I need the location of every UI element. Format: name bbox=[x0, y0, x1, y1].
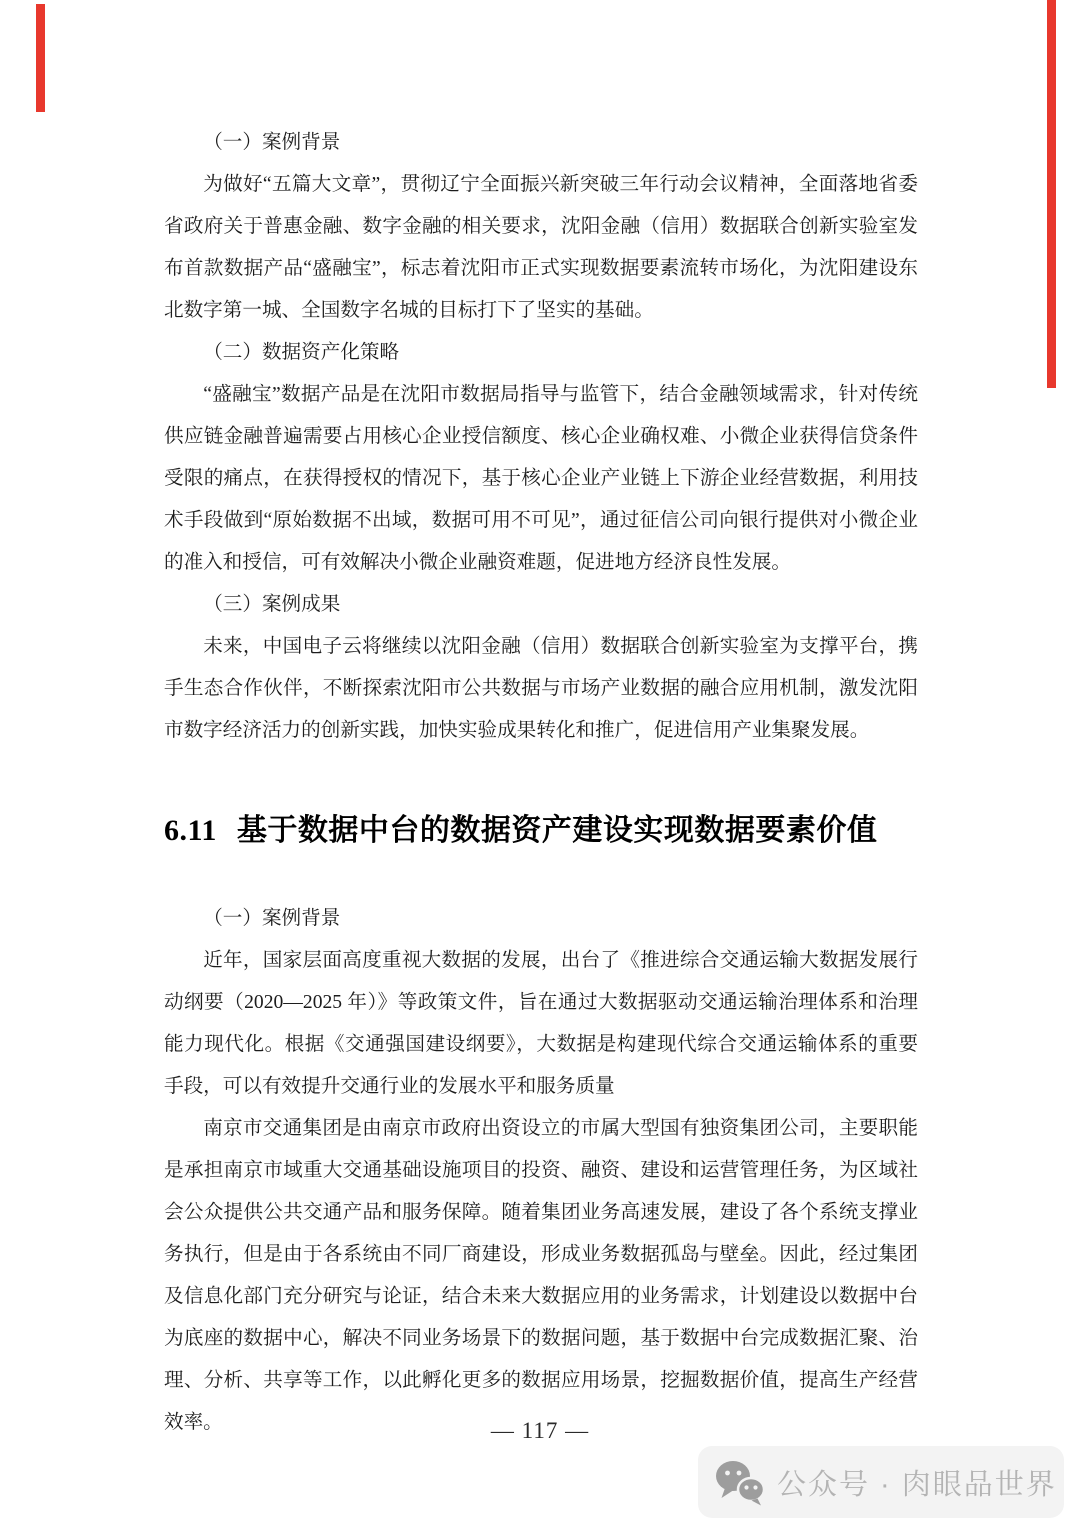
section1-paragraph: 为做好“五篇大文章”，贯彻辽宁全面振兴新突破三年行动会议精神，全面落地省委省政府… bbox=[164, 164, 918, 332]
section4-heading: （一）案例背景 bbox=[164, 898, 918, 940]
watermark-label: 公众号 · 肉眼品世界 bbox=[777, 1462, 1057, 1503]
section3-paragraph: 未来，中国电子云将继续以沈阳金融（信用）数据联合创新实验室为支撑平台，携手生态合… bbox=[164, 626, 918, 752]
document-page: （一）案例背景 为做好“五篇大文章”，贯彻辽宁全面振兴新突破三年行动会议精神，全… bbox=[0, 0, 1080, 1527]
section4-paragraph-2: 南京市交通集团是由南京市政府出资设立的市属大型国有独资集团公司，主要职能是承担南… bbox=[164, 1108, 918, 1444]
page-footer: — 117 — bbox=[0, 1418, 1080, 1444]
section1-heading: （一）案例背景 bbox=[164, 122, 918, 164]
chapter-number: 6.11 bbox=[164, 814, 217, 847]
page-content: （一）案例背景 为做好“五篇大文章”，贯彻辽宁全面振兴新突破三年行动会议精神，全… bbox=[164, 0, 918, 1444]
section4-paragraph-1: 近年，国家层面高度重视大数据的发展，出台了《推进综合交通运输大数据发展行动纲要（… bbox=[164, 940, 918, 1108]
chapter-heading: 6.11基于数据中台的数据资产建设实现数据要素价值 bbox=[164, 798, 918, 864]
section2-paragraph: “盛融宝”数据产品是在沈阳市数据局指导与监管下，结合金融领域需求，针对传统供应链… bbox=[164, 374, 918, 584]
wechat-watermark: 公众号 · 肉眼品世界 bbox=[698, 1446, 1064, 1518]
page-number: — 117 — bbox=[491, 1418, 589, 1443]
red-edge-marker-right bbox=[1047, 0, 1056, 388]
chapter-title: 基于数据中台的数据资产建设实现数据要素价值 bbox=[237, 814, 878, 847]
red-edge-marker-left bbox=[36, 4, 45, 112]
section3-heading: （三）案例成果 bbox=[164, 584, 918, 626]
section2-heading: （二）数据资产化策略 bbox=[164, 332, 918, 374]
wechat-icon bbox=[714, 1459, 766, 1506]
